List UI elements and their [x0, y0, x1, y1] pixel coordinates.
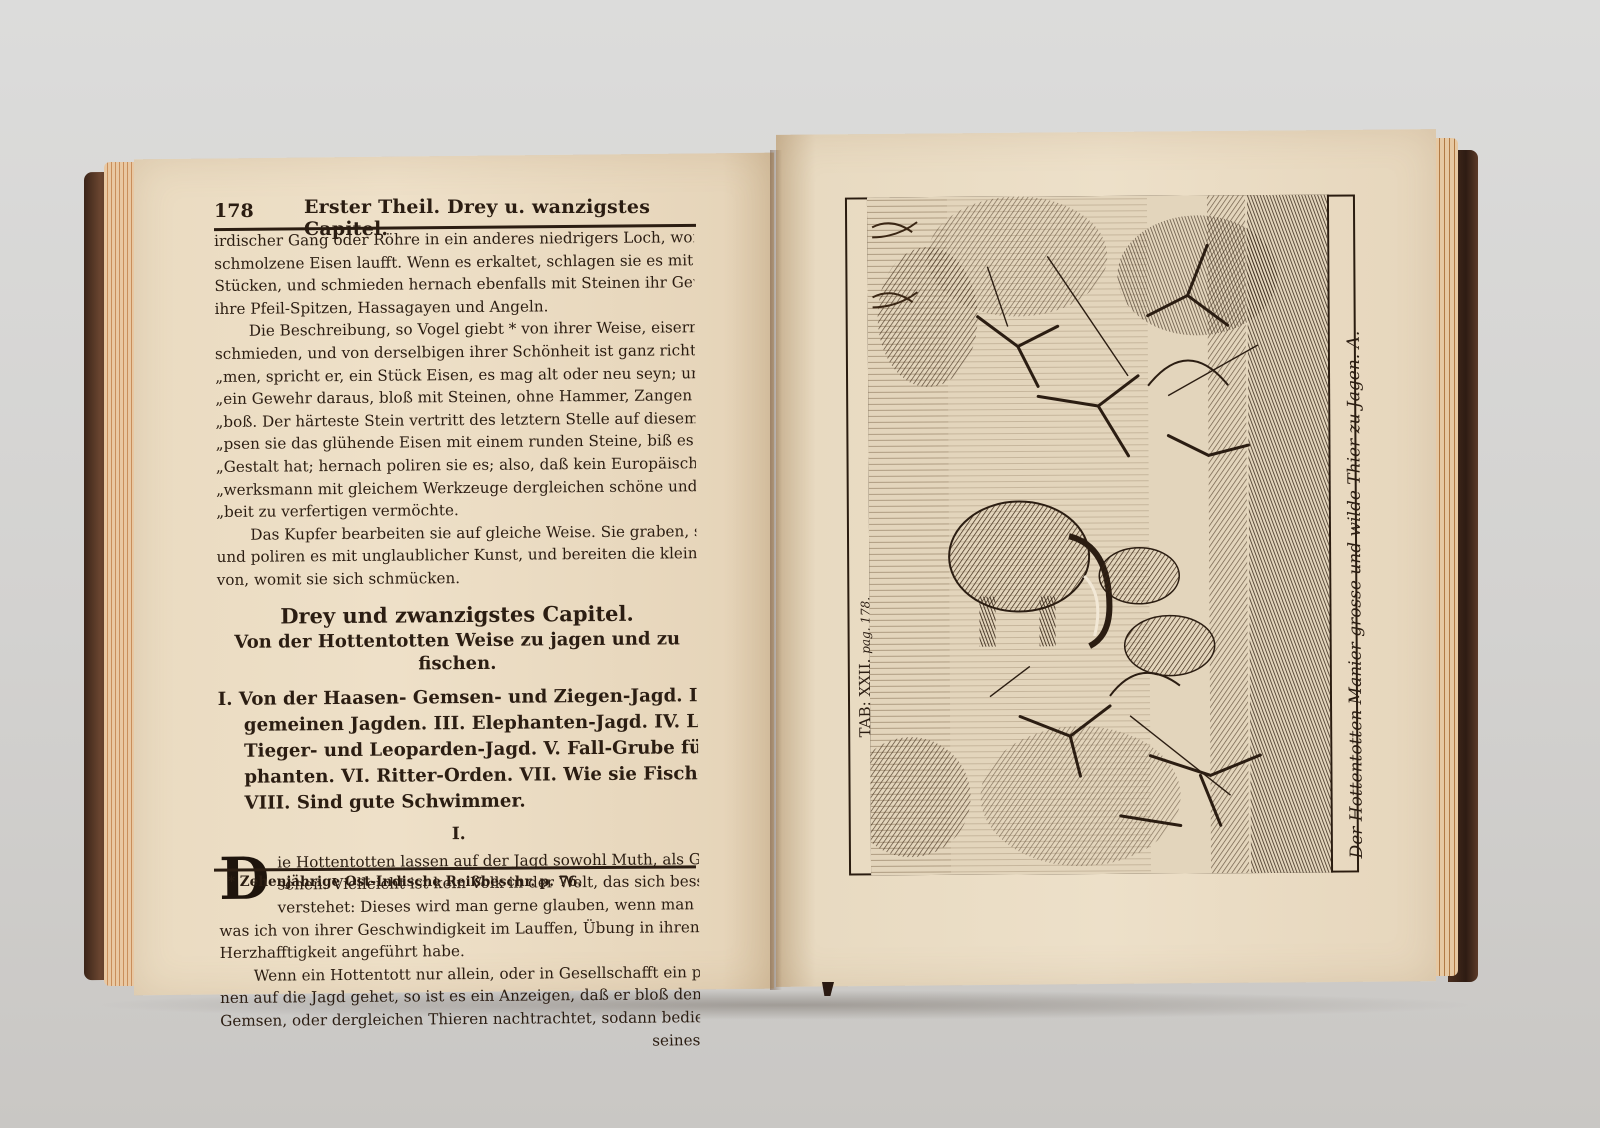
paragraph-kupfer: Das Kupfer bearbeiten sie auf gleiche We… [216, 520, 697, 592]
plate-caption: Der Hottentotten Manier grosse und wilde… [1344, 331, 1367, 859]
running-head: 178 Erster Theil. Drey u. wanzigstes Cap… [214, 196, 694, 222]
text-line: Stücken, und schmieden hernach ebenfalls… [214, 271, 694, 297]
summary-line: Tieger- und Leoparden-Jagd. V. Fall-Grub… [218, 735, 698, 765]
text-line: verstehet: Dieses wird man gerne glauben… [278, 893, 700, 919]
text-line: „Gestalt hat; hernach poliren sie es; al… [216, 452, 696, 478]
summary-line: I. Von der Haasen- Gemsen- und Ziegen-Ja… [218, 683, 698, 713]
text-line: und poliren es mit unglaublicher Kunst, … [216, 543, 696, 569]
paragraph-continued: irdischer Gang oder Röhre in ein anderes… [214, 226, 695, 320]
gutter-shadow [770, 150, 782, 990]
catchword: seines [220, 1029, 700, 1055]
text-line: Gemsen, oder dergleichen Thieren nachtra… [220, 1006, 700, 1032]
left-page-body: irdischer Gang oder Röhre in ein anderes… [214, 226, 700, 1055]
page-number: 178 [214, 200, 254, 222]
chapter-title: Drey und zwanzigstes Capitel. [217, 602, 697, 628]
engraved-plate: TAB: XXII. pag. 178. Der Hottentotten Ma… [845, 194, 1359, 875]
plate-tab-number: TAB: XXII. [856, 659, 874, 738]
summary-line: gemeinen Jagden. III. Elephanten-Jagd. I… [218, 709, 698, 739]
text-line: „werksmann mit gleichem Werkzeuge dergle… [216, 475, 696, 501]
summary-line: phanten. VI. Ritter-Orden. VII. Wie sie … [218, 761, 698, 791]
text-line: was ich von ihrer Geschwindigkeit im Lau… [219, 916, 699, 942]
paragraph-vogel-quote: Die Beschreibung, so Vogel giebt * von i… [215, 317, 697, 524]
footnote: * Zehenjährige Ost-Indische Reißbeschr. … [228, 874, 582, 890]
chapter-summary: I. Von der Haasen- Gemsen- und Ziegen-Ja… [218, 683, 699, 817]
chapter-subtitle: Von der Hottentotten Weise zu jagen und … [217, 628, 697, 677]
text-line: irdischer Gang oder Röhre in ein anderes… [214, 226, 694, 252]
plate-number-label: TAB: XXII. pag. 178. [855, 597, 874, 738]
section-number: I. [219, 821, 699, 847]
paragraph-single-hunter: Wenn ein Hottentott nur allein, oder in … [220, 961, 701, 1055]
plate-page-reference: pag. 178. [858, 597, 872, 654]
summary-line: VIII. Sind gute Schwimmer. [218, 787, 698, 817]
text-line: von, womit sie sich schmücken. [217, 565, 697, 591]
text-line: schmieden, und von derselbigen ihrer Sch… [215, 339, 695, 365]
hunting-scene-engraving [867, 195, 1331, 876]
